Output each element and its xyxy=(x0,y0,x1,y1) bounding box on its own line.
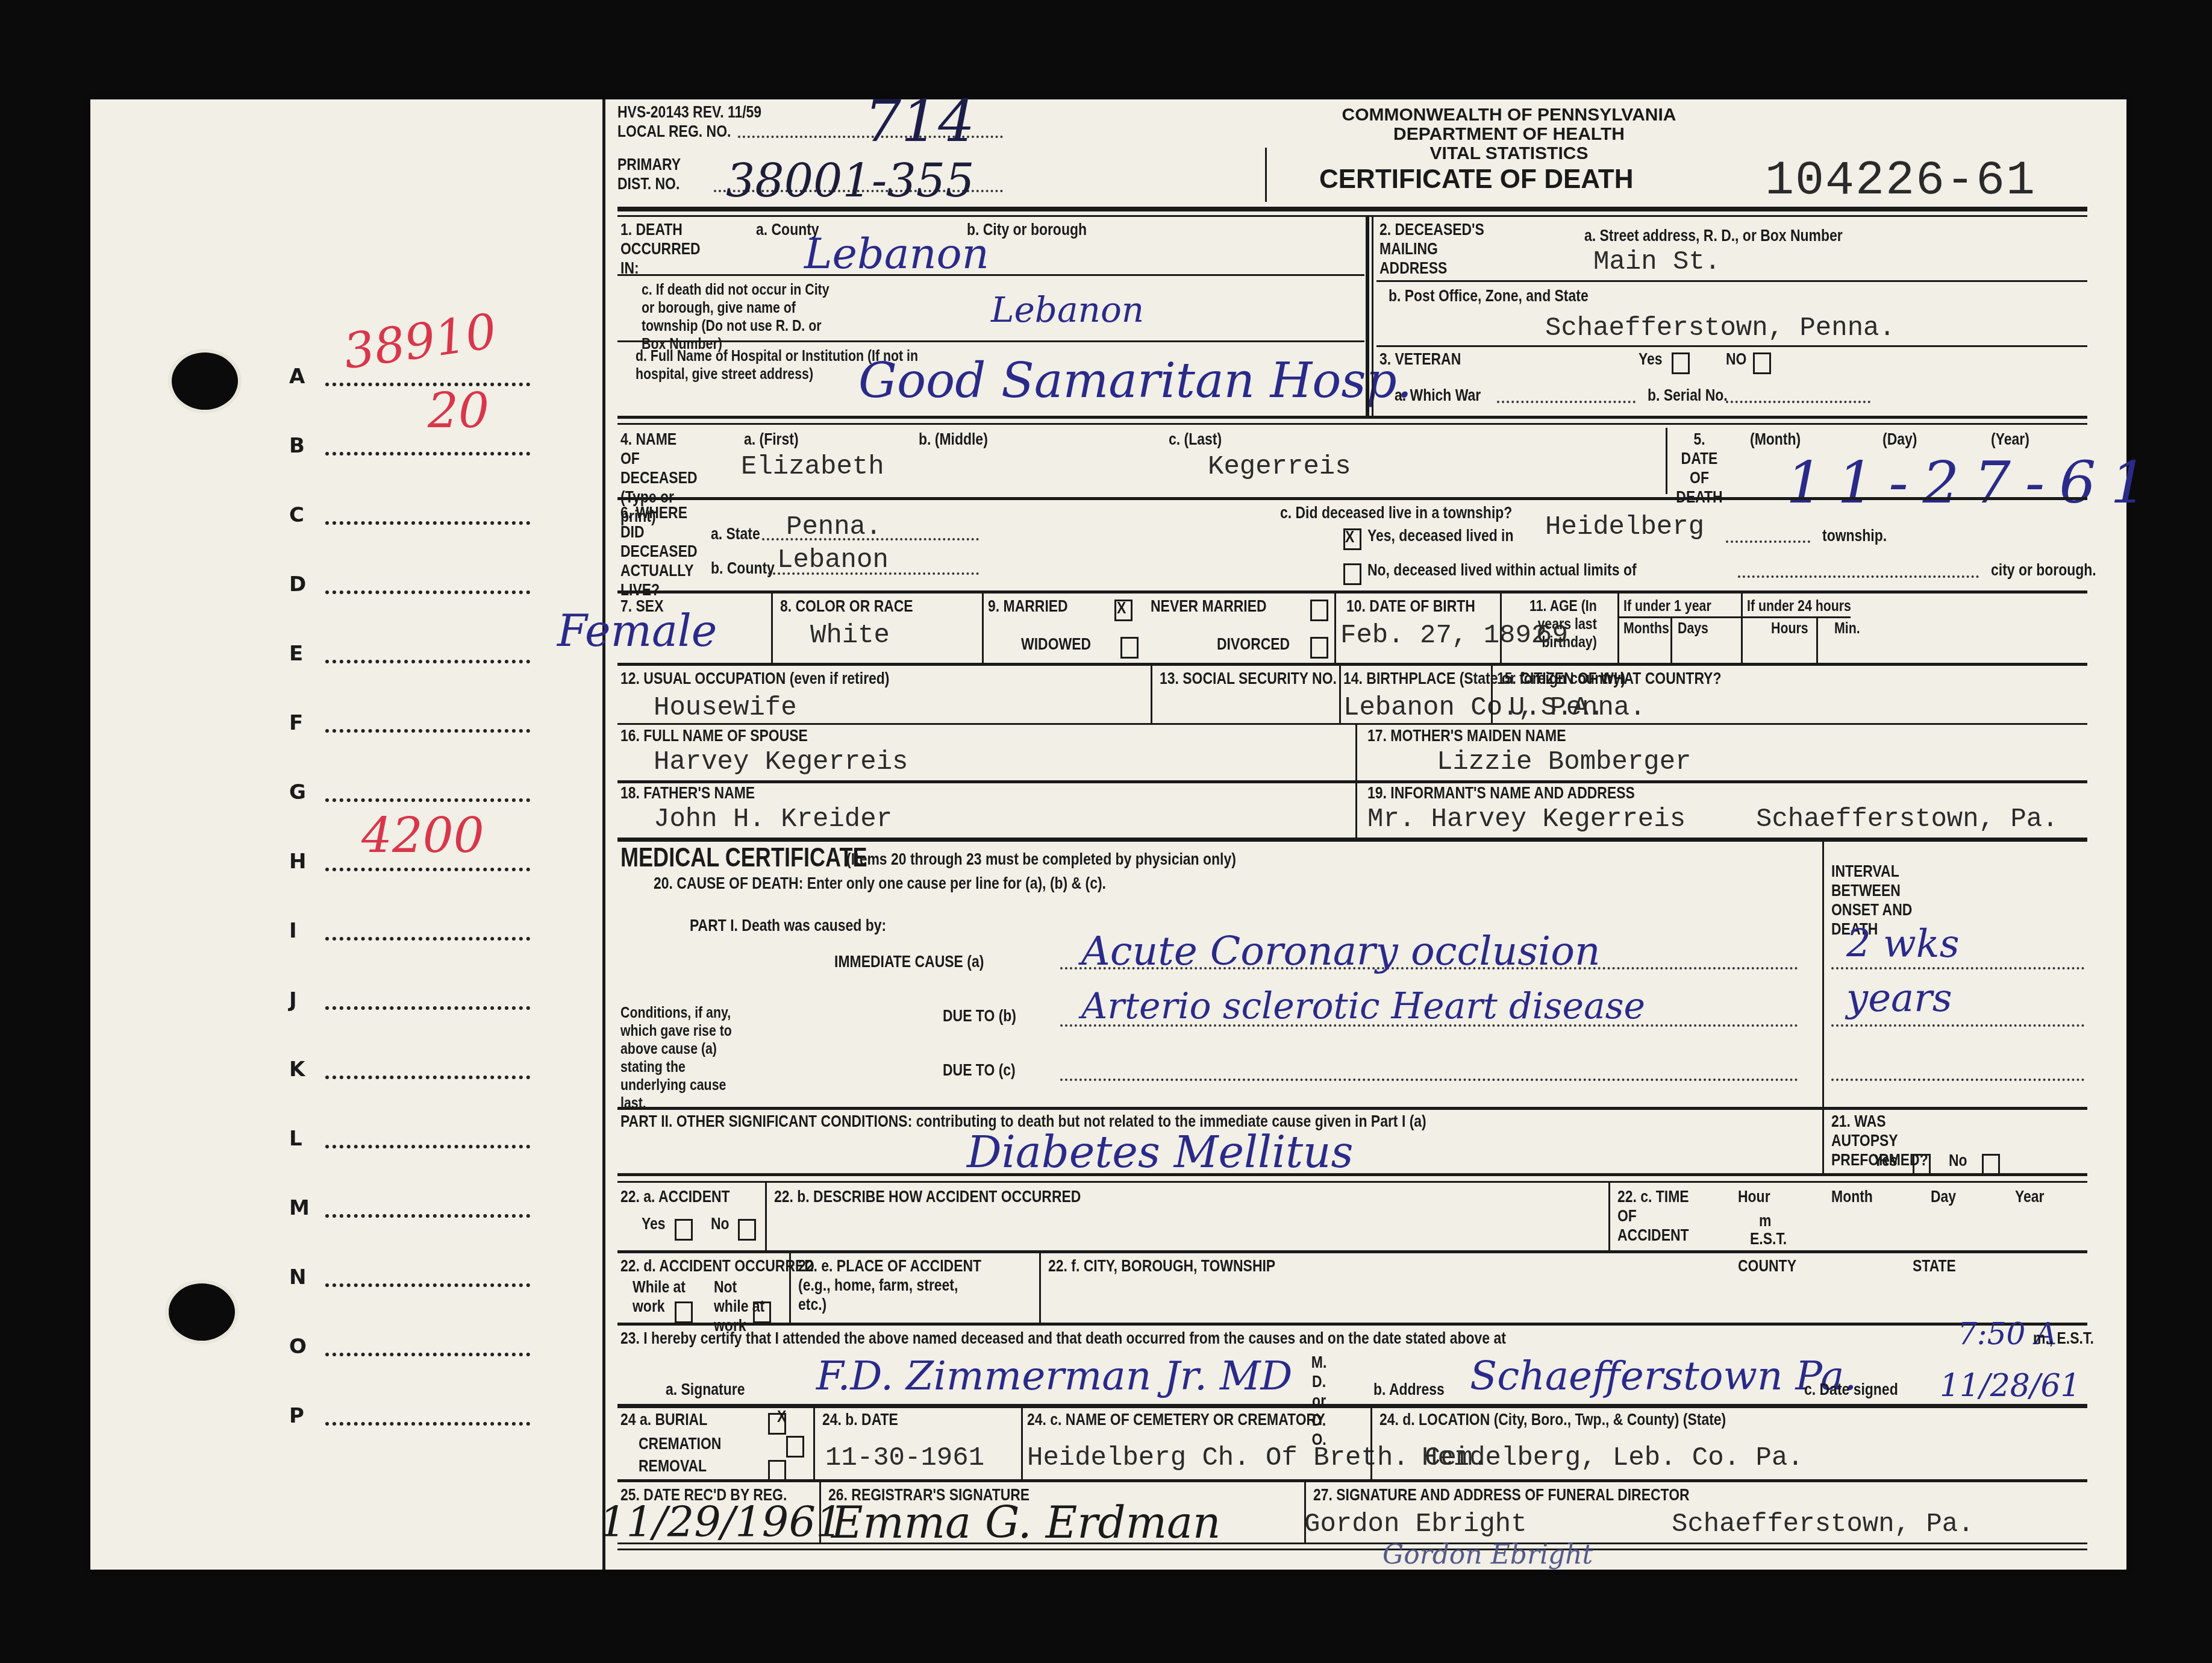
physician-signature: F.D. Zimmerman Jr. MD xyxy=(816,1353,1292,1399)
date-signed-label: c. Date signed xyxy=(1804,1380,1898,1399)
certificate-number: 104226-61 xyxy=(1765,154,2036,208)
burial-location: Heidelberg, Leb. Co. Pa. xyxy=(1422,1443,1804,1473)
margin-letter-n: N xyxy=(289,1265,306,1289)
location-label: 24. d. LOCATION (City, Boro., Twp., & Co… xyxy=(1379,1410,1726,1429)
local-reg-label: LOCAL REG. NO. xyxy=(617,122,731,141)
hours-label: Hours xyxy=(1771,619,1808,637)
margin-note-h: 4200 xyxy=(361,807,484,863)
residence-county: Lebanon xyxy=(777,545,889,575)
date-signed: 11/28/61 xyxy=(1940,1368,2081,1404)
min-label: Min. xyxy=(1834,619,1860,637)
deceased-last-name: Kegerreis xyxy=(1208,452,1351,482)
due-to-b-value: Arterio sclerotic Heart disease xyxy=(1081,985,1645,1027)
agency-line1: COMMONWEALTH OF PENNSYLVANIA xyxy=(1238,105,1780,125)
margin-letter-o: O xyxy=(289,1335,307,1359)
part1-label: PART I. Death was caused by: xyxy=(690,916,886,935)
funeral-director-name: Gordon Ebright xyxy=(1304,1509,1527,1539)
township-name: Heidelberg xyxy=(1545,512,1704,542)
age-value: 69 xyxy=(1536,621,1568,651)
sex-value: Female xyxy=(557,606,717,656)
item1c-township: Lebanon xyxy=(991,289,1144,330)
due-to-b-label: DUE TO (b) xyxy=(943,1006,1016,1026)
item1a-county: Lebanon xyxy=(804,229,989,278)
race-value: White xyxy=(810,621,890,651)
township-no-text: No, deceased lived within actual limits … xyxy=(1367,560,1637,580)
item9-never-label: NEVER MARRIED xyxy=(1151,597,1267,616)
agency-line2: DEPARTMENT OF HEALTH xyxy=(1238,125,1780,144)
item4b-label: b. (Middle) xyxy=(919,430,988,449)
funeral-director-label: 27. SIGNATURE AND ADDRESS OF FUNERAL DIR… xyxy=(1313,1485,1690,1505)
item9-married-label: 9. MARRIED xyxy=(988,597,1068,616)
days-label: Days xyxy=(1678,619,1708,637)
date-of-death: 11-27-61 xyxy=(1786,449,2161,516)
township-yes-text: Yes, deceased lived in xyxy=(1367,526,1514,545)
accident-d-label: 22. d. ACCIDENT OCCURRED xyxy=(620,1256,814,1276)
accident-c-label: 22. c. TIME OF ACCIDENT xyxy=(1617,1187,1692,1245)
margin-letter-p: P xyxy=(289,1404,304,1428)
cremation-checkbox[interactable] xyxy=(786,1436,804,1458)
item4c-label: c. (Last) xyxy=(1169,430,1222,449)
item5-month-label: (Month) xyxy=(1750,430,1801,449)
autopsy-no-checkbox[interactable] xyxy=(1982,1154,2000,1176)
item2b-label: b. Post Office, Zone, and State xyxy=(1389,286,1589,305)
margin-letter-i: I xyxy=(289,919,297,943)
margin-letter-j: J xyxy=(289,988,297,1012)
funeral-director-address: Schaefferstown, Pa. xyxy=(1672,1509,1974,1539)
residence-state: Penna. xyxy=(786,512,881,542)
accident-b-label: 22. b. DESCRIBE HOW ACCIDENT OCCURRED xyxy=(774,1187,1081,1206)
margin-letter-h: H xyxy=(289,850,306,874)
never-married-checkbox[interactable] xyxy=(1310,600,1328,621)
registrar-signature: Emma G. Erdman xyxy=(831,1497,1220,1548)
veteran-yes-checkbox[interactable] xyxy=(1672,352,1690,374)
margin-letter-e: E xyxy=(289,642,303,666)
local-reg-value: 714 xyxy=(864,87,975,155)
removal-label: REMOVAL xyxy=(639,1456,707,1476)
margin-letter-f: F xyxy=(289,711,303,735)
item3b-label: b. Serial No. xyxy=(1648,386,1728,405)
accident-not-work-checkbox[interactable] xyxy=(753,1301,771,1323)
under-1-year-label: If under 1 year xyxy=(1623,597,1711,615)
informant-name: Mr. Harvey Kegerreis xyxy=(1367,804,1686,835)
informant-address: Schaefferstown, Pa. xyxy=(1756,804,2058,835)
margin-letter-l: L xyxy=(289,1127,302,1151)
cemetery-name: Heidelberg Ch. Of Breth. Cem. xyxy=(1027,1443,1489,1473)
married-check: X xyxy=(1117,598,1126,618)
medical-heading: MEDICAL CERTIFICATE xyxy=(620,844,867,872)
burial-label: 24 a. BURIAL xyxy=(620,1410,707,1429)
months-label: Months xyxy=(1623,619,1669,637)
margin-note-a: 38910 xyxy=(340,303,500,380)
item16-label: 16. FULL NAME OF SPOUSE xyxy=(620,726,808,745)
item2a-label: a. Street address, R. D., or Box Number xyxy=(1584,226,1843,245)
veteran-no-checkbox[interactable] xyxy=(1753,352,1771,374)
item6c-label: c. Did deceased live in a township? xyxy=(1280,503,1512,522)
item2-label: 2. DECEASED'S MAILING ADDRESS xyxy=(1379,220,1488,278)
accident-f-label: 22. f. CITY, BOROUGH, TOWNSHIP xyxy=(1048,1256,1275,1276)
interval-b-value: years xyxy=(1846,976,1952,1021)
item5-day-label: (Day) xyxy=(1882,430,1917,449)
under-24-hours-label: If under 24 hours xyxy=(1747,597,1851,615)
part2-value: Diabetes Mellitus xyxy=(967,1127,1353,1177)
cause-label: 20. CAUSE OF DEATH: Enter only one cause… xyxy=(654,874,1106,893)
accident-no-checkbox[interactable] xyxy=(738,1219,756,1241)
item12-label: 12. USUAL OCCUPATION (even if retired) xyxy=(620,669,890,688)
accident-year-label: Year xyxy=(2015,1187,2045,1206)
item4a-label: a. (First) xyxy=(744,430,799,449)
conditions-note: Conditions, if any, which gave rise to a… xyxy=(620,1003,749,1112)
funeral-director-signature: Gordon Ebright xyxy=(1382,1539,1593,1570)
deceased-first-name: Elizabeth xyxy=(741,452,884,482)
divorced-checkbox[interactable] xyxy=(1310,637,1328,659)
accident-yes-label: Yes xyxy=(642,1214,666,1233)
certify-time-suffix: m., E.S.T. xyxy=(2033,1329,2094,1348)
accident-e-label: 22. e. PLACE OF ACCIDENT (e.g., home, fa… xyxy=(798,1256,986,1314)
certify-text: 23. I hereby certify that I attended the… xyxy=(620,1329,1506,1348)
accident-county-label: COUNTY xyxy=(1738,1256,1796,1276)
veteran-no-label: NO xyxy=(1726,349,1746,369)
agency-header: COMMONWEALTH OF PENNSYLVANIA DEPARTMENT … xyxy=(1238,105,1780,163)
item9-divorced-label: DIVORCED xyxy=(1217,634,1290,654)
cremation-label: CREMATION xyxy=(639,1434,721,1453)
accident-hour-label: Hour xyxy=(1738,1187,1770,1206)
primary-dist-label-2: DIST. NO. xyxy=(617,174,680,193)
form-id: HVS-20143 REV. 11/59 xyxy=(617,102,761,122)
autopsy-yes-checkbox[interactable] xyxy=(1913,1154,1931,1176)
accident-a-label: 22. a. ACCIDENT xyxy=(620,1187,730,1206)
township-no-suffix: city or borough. xyxy=(1991,560,2096,580)
item6-label: 6. WHERE DID DECEASED ACTUALLY LIVE? xyxy=(620,503,690,600)
accident-while-work-checkbox[interactable] xyxy=(675,1301,693,1323)
margin-letter-a: A xyxy=(289,365,305,389)
accident-state-label: STATE xyxy=(1913,1256,1956,1276)
removal-checkbox[interactable] xyxy=(768,1460,786,1482)
date-received: 11/29/1961 xyxy=(599,1497,842,1547)
signature-label: a. Signature xyxy=(666,1380,745,1399)
item17-label: 17. MOTHER'S MAIDEN NAME xyxy=(1367,726,1566,745)
item13-label: 13. SOCIAL SECURITY NO. xyxy=(1160,669,1337,688)
accident-est-label: E.S.T. xyxy=(1750,1229,1787,1248)
physician-address: Schaefferstown Pa. xyxy=(1470,1353,1857,1399)
item15-label: 15. CITIZEN OF WHAT COUNTRY? xyxy=(1497,669,1721,688)
item1-label: 1. DEATH OCCURRED IN: xyxy=(620,220,714,278)
item1d-hospital: Good Samaritan Hosp. xyxy=(858,352,1412,409)
spouse-name: Harvey Kegerreis xyxy=(654,747,908,777)
item6a-label: a. State xyxy=(711,524,760,543)
township-yes-check: X xyxy=(1345,527,1354,547)
accident-yes-checkbox[interactable] xyxy=(675,1219,693,1241)
margin-note-b: 20 xyxy=(428,383,489,439)
punch-hole-top xyxy=(172,352,238,410)
accident-m-label: m xyxy=(1759,1211,1771,1230)
margin-letter-c: C xyxy=(289,503,304,527)
item19-label: 19. INFORMANT'S NAME AND ADDRESS xyxy=(1367,783,1635,803)
citizenship-value: U.S.A. xyxy=(1509,693,1604,723)
township-suffix: township. xyxy=(1822,526,1887,545)
md-do-label: M. D. or D. O. xyxy=(1304,1353,1334,1449)
interval-a-value: 2 wks xyxy=(1846,922,1959,966)
item10-label: 10. DATE OF BIRTH xyxy=(1346,597,1475,616)
item18-label: 18. FATHER'S NAME xyxy=(620,783,755,803)
physician-address-label: b. Address xyxy=(1373,1380,1445,1399)
item9-widowed-label: WIDOWED xyxy=(1021,634,1091,654)
item5-label: 5. DATE OF DEATH xyxy=(1675,430,1724,507)
item3-label: 3. VETERAN xyxy=(1379,349,1461,369)
burial-check: X xyxy=(777,1407,786,1426)
accident-day-label: Day xyxy=(1931,1187,1956,1206)
primary-dist-label-1: PRIMARY xyxy=(617,155,681,174)
certificate-form: HVS-20143 REV. 11/59 LOCAL REG. NO. 714 … xyxy=(602,99,2129,1570)
accident-no-label: No xyxy=(711,1214,730,1233)
item8-label: 8. COLOR OR RACE xyxy=(780,597,913,616)
punch-hole-bottom xyxy=(169,1283,235,1341)
veteran-yes-label: Yes xyxy=(1639,349,1663,369)
agency-line3: VITAL STATISTICS xyxy=(1238,144,1780,163)
item6b-label: b. County xyxy=(711,559,775,578)
margin-letter-d: D xyxy=(289,572,306,597)
cemetery-label: 24. c. NAME OF CEMETERY OR CREMATORY xyxy=(1027,1410,1325,1429)
autopsy-yes-label: Yes xyxy=(1873,1151,1898,1170)
burial-date: 11-30-1961 xyxy=(825,1443,984,1473)
due-to-c-label: DUE TO (c) xyxy=(943,1060,1016,1080)
immediate-cause-value: Acute Coronary occlusion xyxy=(1081,928,1600,974)
item2a-street: Main St. xyxy=(1593,247,1720,277)
margin-letter-g: G xyxy=(289,780,306,804)
margin-letter-k: K xyxy=(289,1057,305,1082)
mother-maiden-name: Lizzie Bomberger xyxy=(1437,747,1691,777)
item2b-post-office: Schaefferstown, Penna. xyxy=(1545,313,1895,343)
township-no-checkbox[interactable] xyxy=(1343,563,1361,585)
page-title: CERTIFICATE OF DEATH xyxy=(1319,164,1633,195)
burial-date-label: 24. b. DATE xyxy=(822,1410,898,1429)
margin-letter-b: B xyxy=(289,434,305,458)
father-name: John H. Kreider xyxy=(654,804,892,835)
certificate-paper: A B C D E F G H I J K L M N O P 38910 20… xyxy=(90,99,2126,1570)
occupation-value: Housewife xyxy=(654,693,797,723)
widowed-checkbox[interactable] xyxy=(1120,637,1139,659)
immediate-cause-label: IMMEDIATE CAUSE (a) xyxy=(834,952,984,971)
margin-letter-m: M xyxy=(289,1196,310,1220)
autopsy-no-label: No xyxy=(1949,1151,1967,1170)
item5-year-label: (Year) xyxy=(1991,430,2029,449)
medical-subheading: (Items 20 through 23 must be completed b… xyxy=(846,850,1236,869)
item3a-label: a. Which War xyxy=(1395,386,1481,405)
primary-dist-value: 38001-355 xyxy=(726,154,975,207)
accident-month-label: Month xyxy=(1831,1187,1873,1206)
